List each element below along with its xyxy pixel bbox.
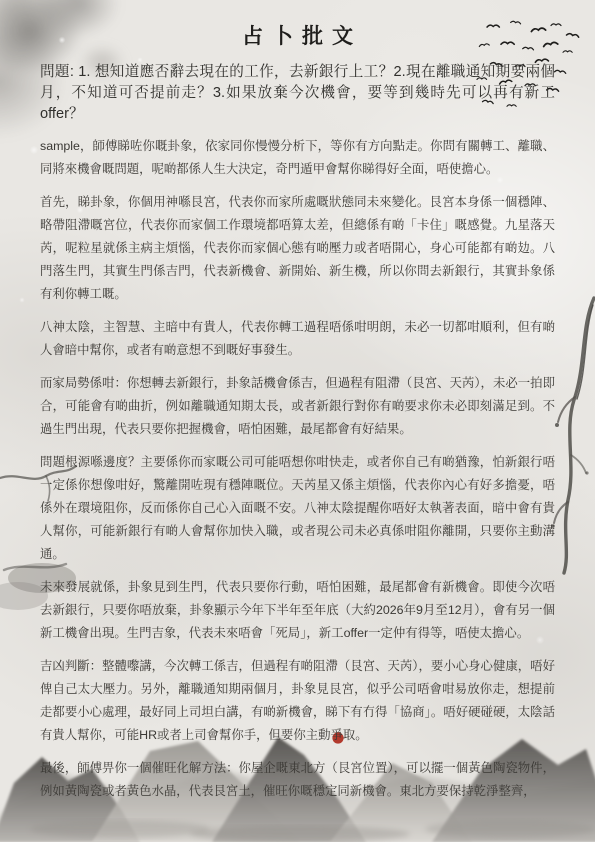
analysis-paragraph-root-cause: 問題根源喺邊度？主要係你而家嘅公司可能唔想你咁快走，或者你自己有啲猶豫，怕新銀行…	[40, 451, 555, 566]
analysis-paragraph-future: 未來發展就係，卦象見到生門，代表只要你行動，唔怕困難，最尾都會有新機會。即使今次…	[40, 576, 555, 645]
analysis-paragraph-intro: sample，師傅睇咗你嘅卦象，依家同你慢慢分析下，等你有方向點走。你問有關轉工…	[40, 135, 555, 181]
analysis-paragraph-judgement: 吉凶判斷：整體嚟講，今次轉工係吉，但過程有啲阻滯（艮宮、天芮），要小心身心健康，…	[40, 655, 555, 747]
divination-document-page: 占卜批文 問題: 1. 想知道應否辭去現在的工作，去新銀行上工？2.現在離職通知…	[0, 0, 595, 842]
question-paragraph: 問題: 1. 想知道應否辭去現在的工作，去新銀行上工？2.現在離職通知期要兩個月…	[40, 62, 555, 125]
analysis-paragraph-taiyin: 八神太陰，主智慧、主暗中有貴人，代表你轉工過程唔係咁明朗，未必一切都咁順利，但有…	[40, 316, 555, 362]
analysis-paragraph-situation: 而家局勢係咁：你想轉去新銀行，卦象話機會係吉，但過程有阻滯（艮宮、天芮），未必一…	[40, 372, 555, 441]
analysis-paragraph-remedy: 最後，師傅畀你一個催旺化解方法：你屋企嘅東北方（艮宮位置），可以擺一個黃色陶瓷物…	[40, 757, 555, 803]
document-body: 占卜批文 問題: 1. 想知道應否辭去現在的工作，去新銀行上工？2.現在離職通知…	[40, 20, 555, 803]
page-title: 占卜批文	[40, 20, 555, 50]
analysis-paragraph-palace: 首先，睇卦象，你個用神喺艮宮，代表你而家所處嘅狀態同未來變化。艮宮本身係一個穩陣…	[40, 191, 555, 306]
